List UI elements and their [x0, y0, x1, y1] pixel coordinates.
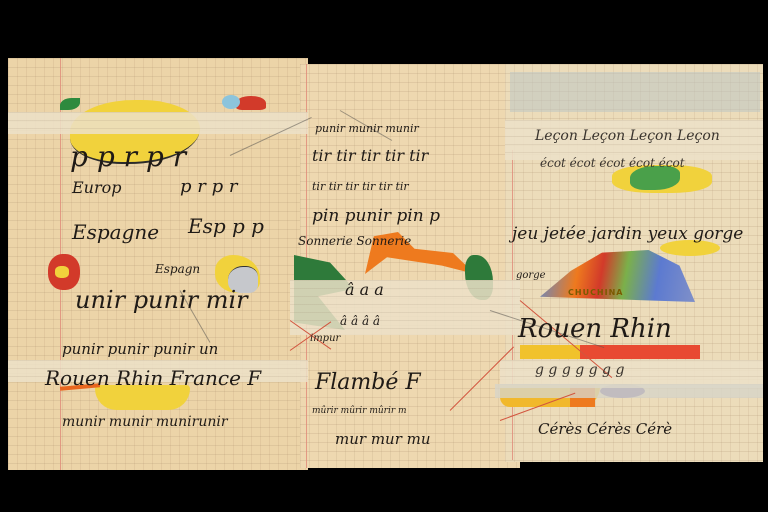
handwriting-tir-big: tir tir tir tir tir — [312, 146, 428, 165]
handwriting-gorge: gorge — [516, 270, 546, 281]
handwriting-jeu: jeu jetée jardin yeux gorge — [512, 224, 743, 244]
handwriting-a-row-2: â â â â — [340, 314, 380, 328]
handwriting-europe-p: p r p r — [180, 176, 237, 197]
handwriting-munir-row: munir munir munirunir — [62, 414, 228, 430]
handwriting-a-row: â a a — [345, 280, 384, 299]
map-label: CHUCHINA — [568, 288, 624, 297]
handwriting-sonnerie: Sonnerie Sonnerie — [298, 234, 411, 248]
handwriting-murir: mûrir mûrir mûrir m — [312, 406, 407, 416]
handwriting-flambe: Flambé F — [315, 370, 421, 395]
handwriting-espagne-2: Esp p p — [188, 214, 264, 238]
handwriting-mur: mur mur mu — [335, 430, 431, 448]
handwriting-p-row: p p r p r — [70, 140, 186, 173]
handwriting-lecon: Leçon Leçon Leçon Leçon — [535, 128, 720, 144]
handwriting-impur: impur — [310, 333, 340, 344]
handwriting-rouen-row: Rouen Rhin France F — [45, 366, 261, 390]
grey-tape-strip — [495, 384, 763, 398]
right-top-grey — [510, 72, 760, 112]
yellow-bar-right — [520, 345, 580, 359]
torn-strip — [8, 112, 308, 134]
artwork-canvas: p p r p r Europ p r p r Espagne Esp p p … — [0, 0, 768, 512]
handwriting-g-row: g g g g g g g — [535, 362, 624, 378]
handwriting-espagne: Espagne — [72, 220, 159, 244]
yellow-center — [55, 266, 69, 278]
handwriting-munir-small: punir munir munir — [315, 122, 419, 135]
blue-flower — [222, 95, 240, 109]
handwriting-espagne-small: Espagn — [155, 262, 200, 276]
handwriting-punir-row: punir punir punir un — [62, 340, 218, 358]
handwriting-pin-row: pin punir pin p — [312, 206, 440, 226]
handwriting-rouen-right: Rouen Rhin — [518, 314, 672, 344]
handwriting-tir-small: tir tir tir tir tir tir — [312, 180, 409, 193]
handwriting-munir-big: unir punir mir — [75, 286, 248, 314]
handwriting-europe: Europ — [72, 178, 122, 197]
handwriting-ecot: écot écot écot écot écot — [540, 156, 685, 170]
handwriting-ceres: Cérès Cérès Cérè — [538, 420, 672, 438]
orange-bar-right — [580, 345, 700, 359]
red-flower — [236, 96, 266, 110]
